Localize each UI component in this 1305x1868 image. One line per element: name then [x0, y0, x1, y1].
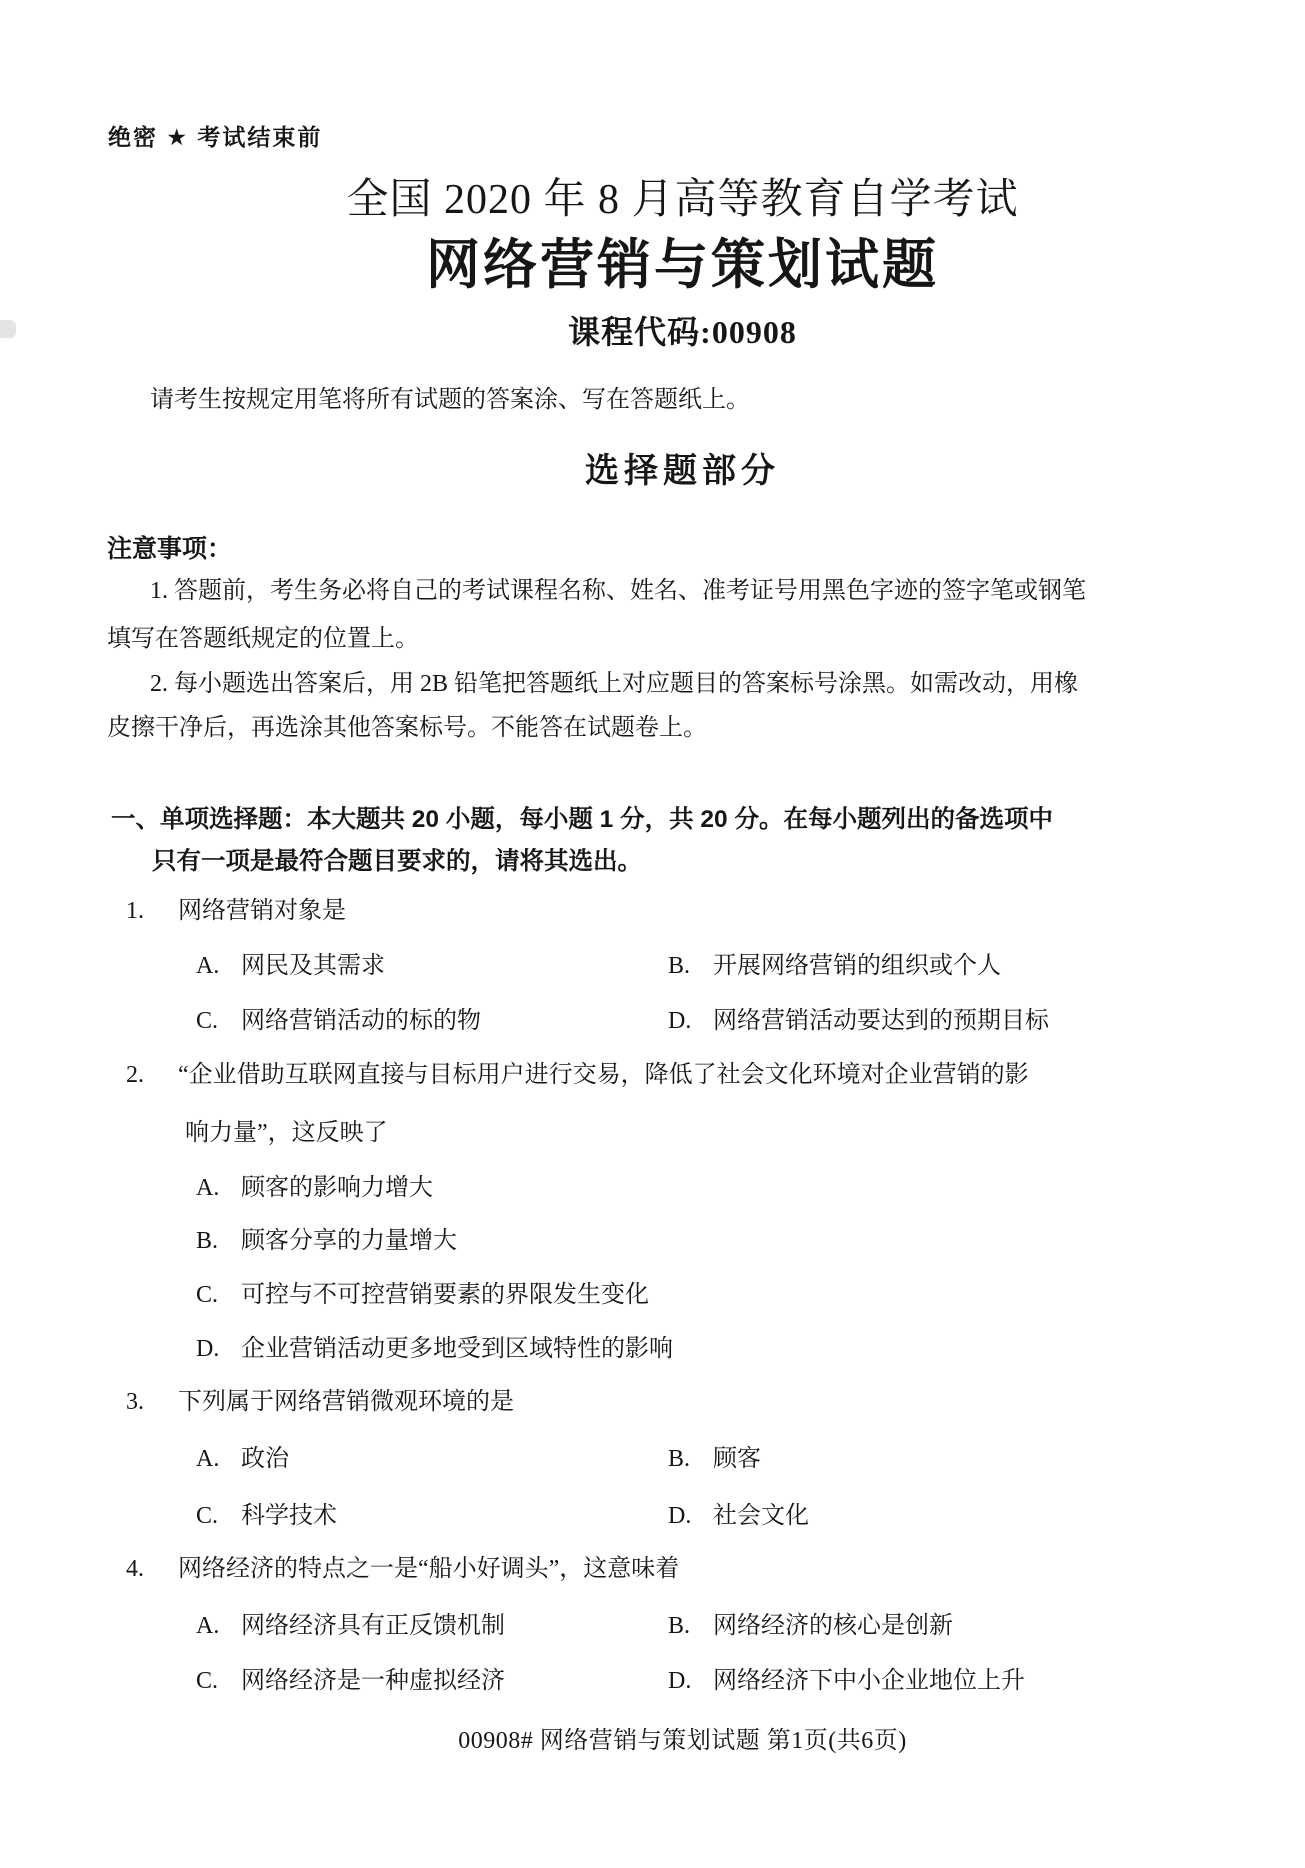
option-b-label: B. [668, 1613, 713, 1641]
question-4-stem: 4.网络经济的特点之一是“船小好调头”，这意味着 [126, 1556, 679, 1584]
option-d-text: 企业营销活动更多地受到区域特性的影响 [241, 1336, 673, 1362]
note-2-line-2: 皮擦干净后，再选涂其他答案标号。不能答在试题卷上。 [107, 715, 707, 743]
question-1-stem: 1.网络营销对象是 [126, 898, 346, 926]
question-3-stem: 3.下列属于网络营销微观环境的是 [126, 1389, 514, 1417]
option-a-text: 政治 [241, 1446, 289, 1472]
question-2-number: 2. [126, 1062, 178, 1090]
section-one-header-line-2: 只有一项是最符合题目要求的，请将其选出。 [152, 848, 642, 876]
note-1-line-2: 填写在答题纸规定的位置上。 [107, 626, 419, 654]
option-d-text: 网络营销活动要达到的预期目标 [713, 1008, 1049, 1034]
option-b-label: B. [668, 953, 713, 981]
option-b-text: 顾客分享的力量增大 [241, 1228, 457, 1254]
note-2-line-1: 2. 每小题选出答案后，用 2B 铅笔把答题纸上对应题目的答案标号涂黑。如需改动… [150, 671, 1078, 699]
option-b-text: 开展网络营销的组织或个人 [713, 953, 1001, 979]
question-1-text: 网络营销对象是 [178, 898, 346, 924]
question-4-option-d: D.网络经济下中小企业地位上升 [668, 1668, 1025, 1696]
question-2-option-c: C.可控与不可控营销要素的界限发生变化 [196, 1282, 649, 1310]
part-title-multiple-choice: 选择题部分 [0, 452, 1305, 491]
option-c-label: C. [196, 1282, 241, 1310]
classification-banner: 绝密 ★ 考试结束前 [108, 124, 322, 150]
option-a-label: A. [196, 1613, 241, 1641]
question-1-option-c: C.网络营销活动的标的物 [196, 1008, 481, 1036]
option-b-text: 网络经济的核心是创新 [713, 1613, 953, 1639]
option-d-label: D. [668, 1668, 713, 1696]
question-1-option-d: D.网络营销活动要达到的预期目标 [668, 1008, 1049, 1036]
option-a-label: A. [196, 953, 241, 981]
exam-session-title: 全国 2020 年 8 月高等教育自学考试 [0, 176, 1305, 224]
option-c-text: 可控与不可控营销要素的界限发生变化 [241, 1282, 649, 1308]
option-a-text: 网络经济具有正反馈机制 [241, 1613, 505, 1639]
option-a-label: A. [196, 1446, 241, 1474]
option-c-label: C. [196, 1503, 241, 1531]
question-2-stem-line-2: 响力量”，这反映了 [185, 1120, 388, 1148]
option-a-text: 顾客的影响力增大 [241, 1175, 433, 1201]
section-one-header-line-1: 一、单项选择题：本大题共 20 小题，每小题 1 分，共 20 分。在每小题列出… [111, 806, 1053, 834]
question-3-number: 3. [126, 1389, 178, 1417]
course-code: 课程代码:00908 [0, 314, 1305, 351]
question-3-text: 下列属于网络营销微观环境的是 [178, 1389, 514, 1415]
question-2-option-d: D.企业营销活动更多地受到区域特性的影响 [196, 1336, 673, 1364]
question-3-option-d: D.社会文化 [668, 1503, 809, 1531]
question-4-option-c: C.网络经济是一种虚拟经济 [196, 1668, 505, 1696]
option-c-text: 网络营销活动的标的物 [241, 1008, 481, 1034]
question-1-number: 1. [126, 898, 178, 926]
question-4-option-b: B.网络经济的核心是创新 [668, 1613, 953, 1641]
option-c-text: 网络经济是一种虚拟经济 [241, 1668, 505, 1694]
notes-heading: 注意事项： [107, 535, 232, 564]
option-a-text: 网民及其需求 [241, 953, 385, 979]
exam-paper-page: 绝密 ★ 考试结束前 全国 2020 年 8 月高等教育自学考试 网络营销与策划… [0, 0, 1305, 1868]
note-1-line-1: 1. 答题前，考生务必将自己的考试课程名称、姓名、准考证号用黑色字迹的签字笔或钢… [150, 578, 1086, 606]
option-c-label: C. [196, 1008, 241, 1036]
question-1-option-a: A.网民及其需求 [196, 953, 385, 981]
option-c-label: C. [196, 1668, 241, 1696]
question-4-text: 网络经济的特点之一是“船小好调头”，这意味着 [178, 1556, 679, 1582]
page-footer: 00908# 网络营销与策划试题 第1页(共6页) [0, 1728, 1305, 1756]
question-3-option-c: C.科学技术 [196, 1503, 337, 1531]
option-d-label: D. [196, 1336, 241, 1364]
question-3-option-b: B.顾客 [668, 1446, 761, 1474]
option-b-label: B. [196, 1228, 241, 1256]
option-d-label: D. [668, 1008, 713, 1036]
question-3-option-a: A.政治 [196, 1446, 289, 1474]
option-b-text: 顾客 [713, 1446, 761, 1472]
option-c-text: 科学技术 [241, 1503, 337, 1529]
option-d-text: 社会文化 [713, 1503, 809, 1529]
question-2-option-a: A.顾客的影响力增大 [196, 1175, 433, 1203]
option-d-label: D. [668, 1503, 713, 1531]
question-2-text: “企业借助互联网直接与目标用户进行交易，降低了社会文化环境对企业营销的影 [178, 1062, 1029, 1088]
question-4-option-a: A.网络经济具有正反馈机制 [196, 1613, 505, 1641]
option-b-label: B. [668, 1446, 713, 1474]
question-2-option-b: B.顾客分享的力量增大 [196, 1228, 457, 1256]
option-a-label: A. [196, 1175, 241, 1203]
answering-instruction: 请考生按规定用笔将所有试题的答案涂、写在答题纸上。 [150, 387, 750, 415]
question-1-option-b: B.开展网络营销的组织或个人 [668, 953, 1001, 981]
question-2-stem-line-1: 2.“企业借助互联网直接与目标用户进行交易，降低了社会文化环境对企业营销的影 [126, 1062, 1029, 1090]
question-4-number: 4. [126, 1556, 178, 1584]
option-d-text: 网络经济下中小企业地位上升 [713, 1668, 1025, 1694]
paper-title: 网络营销与策划试题 [0, 234, 1305, 296]
